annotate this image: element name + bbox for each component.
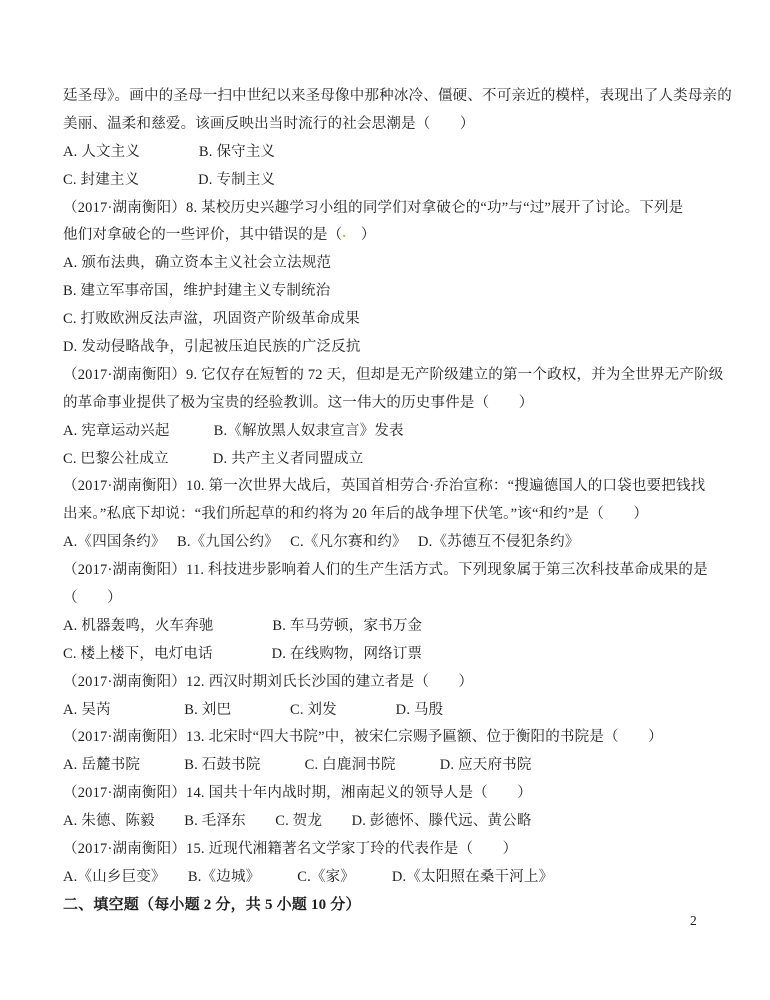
- document-page: 廷圣母》。画中的圣母一扫中世纪以来圣母像中那种冰冷、僵硬、不可亲近的模样，表现出…: [0, 0, 770, 1000]
- section-2-heading: 二、填空题（每小题 2 分，共 5 小题 10 分）: [63, 892, 712, 920]
- q9-options-ab: A. 宪章运动兴起 B.《解放黑人奴隶宣言》发表: [63, 418, 712, 446]
- q8-stem-line-1: （2017·湖南衡阳）8. 某校历史兴趣学习小组的同学们对拿破仑的“功”与“过”…: [63, 195, 712, 223]
- q7-stem-line-1: 廷圣母》。画中的圣母一扫中世纪以来圣母像中那种冰冷、僵硬、不可亲近的模样，表现出…: [63, 83, 712, 111]
- q8-option-a: A. 颁布法典，确立资本主义社会立法规范: [63, 250, 712, 278]
- q8-option-b: B. 建立军事帝国，维护封建主义专制统治: [63, 278, 712, 306]
- q11-stem-line-2: （ ）: [63, 585, 712, 613]
- q10-stem-line-2: 出来。”私底下却说：“我们所起草的和约将为 20 年后的战争埋下伏笔。”该“和约…: [63, 501, 712, 529]
- q8-stem-prefix: 他们对拿破仑的一些评价，其中错误的是（: [63, 227, 342, 243]
- q11-stem-line-1: （2017·湖南衡阳）11. 科技进步影响着人们的生产生活方式。下列现象属于第三…: [63, 557, 712, 585]
- q8-stem-line-2: 他们对拿破仑的一些评价，其中错误的是（. ）: [63, 222, 712, 250]
- q9-stem-line-2: 的革命事业提供了极为宝贵的经验教训。这一伟大的历史事件是（ ）: [63, 390, 712, 418]
- q7-stem-line-2: 美丽、温柔和慈爱。该画反映出当时流行的社会思潮是（ ）: [63, 111, 712, 139]
- q14-options-abcd: A. 朱德、陈毅 B. 毛泽东 C. 贺龙 D. 彭德怀、滕代远、黄公略: [63, 808, 712, 836]
- q10-stem-line-1: （2017·湖南衡阳）10. 第一次世界大战后，英国首相劳合·乔治宣称：“搜遍德…: [63, 473, 712, 501]
- q14-stem: （2017·湖南衡阳）14. 国共十年内战时期，湘南起义的领导人是（ ）: [63, 780, 712, 808]
- q9-options-cd: C. 巴黎公社成立 D. 共产主义者同盟成立: [63, 446, 712, 474]
- q13-stem: （2017·湖南衡阳）13. 北宋时“四大书院”中，被宋仁宗赐予匾额、位于衡阳的…: [63, 724, 712, 752]
- q7-options-cd: C. 封建主义 D. 专制主义: [63, 167, 712, 195]
- answer-marker-dot: .: [342, 225, 346, 241]
- q15-stem: （2017·湖南衡阳）15. 近现代湘籍著名文学家丁玲的代表作是（ ）: [63, 836, 712, 864]
- q9-stem-line-1: （2017·湖南衡阳）9. 它仅存在短暂的 72 天，但却是无产阶级建立的第一个…: [63, 362, 712, 390]
- q11-options-ab: A. 机器轰鸣，火车奔驰 B. 车马劳顿，家书万金: [63, 613, 712, 641]
- q13-options-abcd: A. 岳麓书院 B. 石鼓书院 C. 白鹿洞书院 D. 应天府书院: [63, 752, 712, 780]
- q15-options-abcd: A.《山乡巨变》 B.《边城》 C.《家》 D.《太阳照在桑干河上》: [63, 864, 712, 892]
- q8-option-d: D. 发动侵略战争，引起被压迫民族的广泛反抗: [63, 334, 712, 362]
- q10-options-abcd: A.《四国条约》 B.《九国公约》 C.《凡尔赛和约》 D.《苏德互不侵犯条约》: [63, 529, 712, 557]
- q12-options-abcd: A. 吴芮 B. 刘巴 C. 刘发 D. 马殷: [63, 697, 712, 725]
- page-number: 2: [690, 913, 697, 929]
- q12-stem: （2017·湖南衡阳）12. 西汉时期刘氏长沙国的建立者是（ ）: [63, 669, 712, 697]
- q8-option-c: C. 打败欧洲反法声湓，巩固资产阶级革命成果: [63, 306, 712, 334]
- q8-stem-suffix: ）: [346, 227, 375, 243]
- q7-options-ab: A. 人文主义 B. 保守主义: [63, 139, 712, 167]
- q11-options-cd: C. 楼上楼下，电灯电话 D. 在线购物，网络订票: [63, 641, 712, 669]
